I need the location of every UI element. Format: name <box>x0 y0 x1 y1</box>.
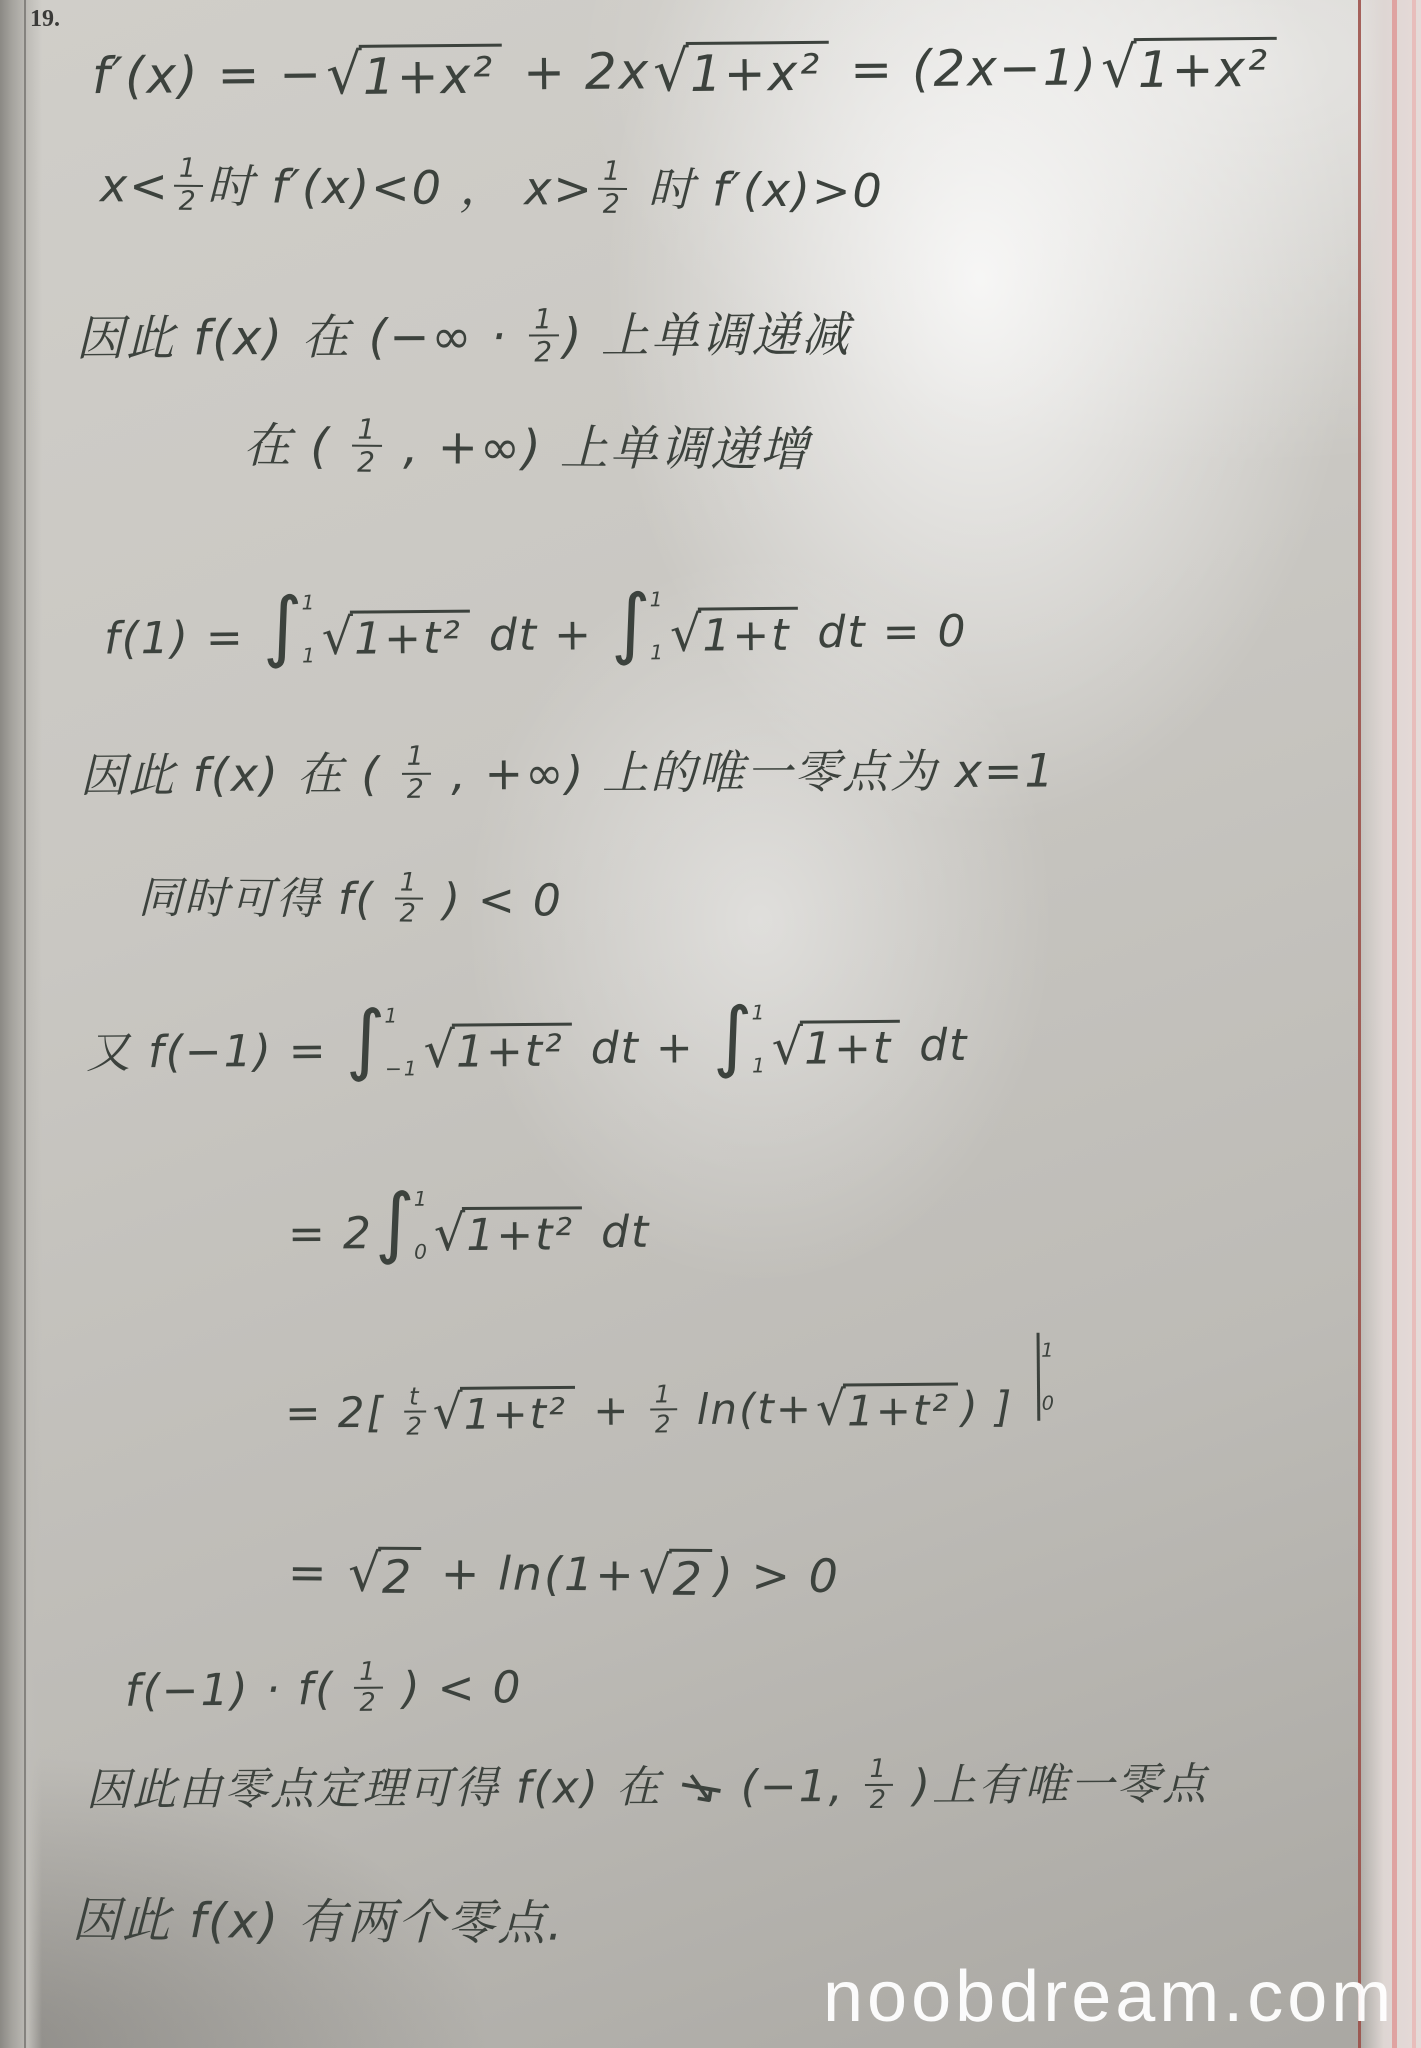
sqrt-radical: √1+x² <box>1101 37 1278 100</box>
watermark-text: noobdream.com <box>823 1956 1395 2038</box>
handwritten-line-final-conclusion: 因此 f(x) 有两个零点. <box>72 1890 565 1953</box>
sqrt-radical: √1+x² <box>653 41 830 104</box>
handwritten-line-f1-integral: f(1) = ∫11√1+t² dt + ∫11√1+t dt = 0 <box>104 584 968 667</box>
integral-sign: ∫10 <box>375 1186 429 1259</box>
handwritten-line-product-negative: f(−1) · f( 12 ) < 0 <box>125 1660 523 1722</box>
sqrt-radical: √1+t² <box>816 1383 959 1437</box>
page-left-edge-line <box>24 0 26 2048</box>
handwritten-line-unique-zero-right: 因此 f(x) 在 ( 12 , +∞) 上的唯一零点为 x=1 <box>80 742 1056 809</box>
sqrt-radical: √2 <box>348 1546 422 1603</box>
handwritten-line-decreasing-interval: 因此 f(x) 在 (−∞ · 12) 上单调递减 <box>76 305 851 373</box>
evaluation-bar: 10 <box>1036 1333 1056 1421</box>
sqrt-radical: √2 <box>639 1549 713 1606</box>
fraction: 12 <box>598 158 627 218</box>
problem-number: 19. <box>30 6 60 33</box>
handwritten-line-double-integral: = 2∫10√1+t² dt <box>288 1185 651 1262</box>
sqrt-radical: √1+t <box>771 1020 900 1076</box>
sqrt-radical: √1+x² <box>326 44 503 107</box>
handwritten-line-f-half-negative: 同时可得 f( 12 ) < 0 <box>138 871 563 933</box>
margin-line-pink <box>1392 0 1397 2048</box>
fraction: 12 <box>529 304 559 367</box>
integral-sign: ∫11 <box>712 1000 767 1073</box>
integral-sign: ∫11 <box>262 590 317 663</box>
sqrt-radical: √1+t² <box>423 1022 572 1078</box>
fraction: 12 <box>352 414 382 477</box>
fraction: 12 <box>174 155 203 215</box>
sqrt-radical: √1+t <box>670 606 799 662</box>
sqrt-radical: √1+t² <box>433 1386 576 1440</box>
fraction: 12 <box>650 1381 678 1436</box>
sqrt-radical: √1+t² <box>322 609 471 665</box>
handwritten-line-increasing-interval: 在 ( 12 , +∞) 上单调递增 <box>243 416 810 484</box>
margin-line-pink-outer <box>1412 0 1416 2048</box>
sqrt-radical: √1+t² <box>434 1206 582 1261</box>
handwritten-line-zero-theorem: 因此由零点定理可得 f(x) 在 ↘ (−1, 12 )上有唯一零点 <box>86 1757 1208 1822</box>
integral-sign: ∫1−1 <box>345 1003 419 1076</box>
scribble-mark: ↘ <box>677 1757 725 1818</box>
fraction: 12 <box>354 1659 383 1717</box>
handwritten-line-f-minus1-integral: 又 f(−1) = ∫1−1√1+t² dt + ∫11√1+t dt <box>86 998 969 1081</box>
fraction: 12 <box>865 1756 894 1814</box>
fraction: t2 <box>404 1384 426 1439</box>
fraction: 12 <box>402 743 431 803</box>
photo-of-handwritten-solution: 19. f′(x) = −√1+x² + 2x√1+x² = (2x−1)√1+… <box>0 0 1421 2048</box>
handwritten-line-antiderivative: = 2[ t2√1+t² + 12 ln(t+√1+t²) ] 10 <box>285 1333 1057 1444</box>
page-left-edge-shadow <box>0 0 42 2048</box>
fraction: 12 <box>394 870 423 928</box>
integral-sign: ∫11 <box>611 587 666 660</box>
handwritten-line-evaluated-result: = √2 + ln(1+√2) > 0 <box>288 1544 840 1607</box>
margin-line-red <box>1358 0 1361 2048</box>
handwritten-line-sign-analysis: x<12时 f′(x)<0 ， x>12 时 f′(x)>0 <box>100 157 884 224</box>
handwritten-line-derivative-formula: f′(x) = −√1+x² + 2x√1+x² = (2x−1)√1+x² <box>92 35 1281 109</box>
